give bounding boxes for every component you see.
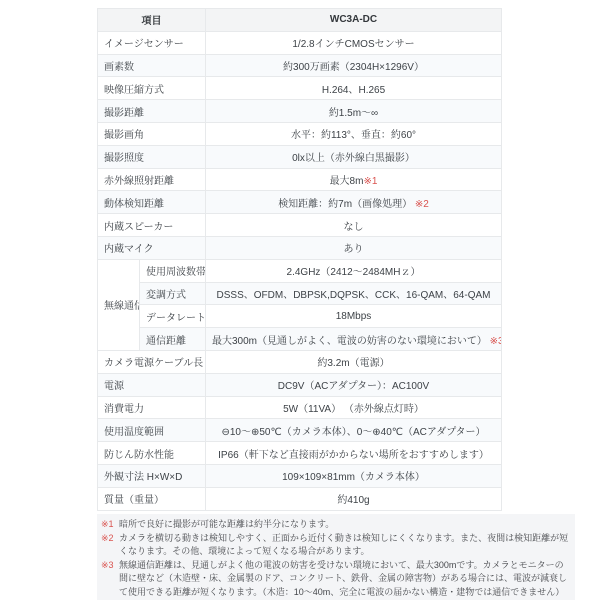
row-value: DSSS、OFDM、DBPSK,DQPSK、CCK、16-QAM、64-QAM (206, 282, 502, 305)
row-label: 電源 (98, 373, 206, 396)
row-label: 撮影距離 (98, 100, 206, 123)
row-value: 18Mbps (206, 305, 502, 328)
table-row: カメラ電源ケーブル長 約3.2m（電源） (98, 350, 502, 373)
table-row: 消費電力 5W（11VA） （赤外線点灯時） (98, 396, 502, 419)
table-row: 使用温度範囲 ⊖10～⊕50℃（カメラ本体）、0～⊕40℃（ACアダプター） (98, 419, 502, 442)
table-row-wireless: 無線通信 使用周波数帯域 2.4GHz（2412～2484MHｚ） (98, 259, 502, 282)
row-value: 水平：約113°、垂直：約60° (206, 122, 502, 145)
row-value: 約3.2m（電源） (206, 350, 502, 373)
footnote-marker: ※2 (101, 532, 119, 546)
header-model-column: WC3A-DC (206, 9, 502, 32)
row-label: 使用温度範囲 (98, 419, 206, 442)
row-value: 最大8m※1 (206, 168, 502, 191)
row-label: 撮影画角 (98, 122, 206, 145)
row-value: 1/2.8インチCMOSセンサー (206, 31, 502, 54)
table-row: 内蔵マイク あり (98, 236, 502, 259)
footnote-text: カメラを横切る動きは検知しやすく、正面から近付く動きは検知しにくくなります。また… (119, 532, 569, 559)
row-value: ⊖10～⊕50℃（カメラ本体）、0～⊕40℃（ACアダプター） (206, 419, 502, 442)
footnote-3: ※3 無線通信距離は、見通しがよく他の電波の妨害を受けない環境において、最大30… (101, 559, 569, 600)
row-label: 内蔵マイク (98, 236, 206, 259)
table-row: 映像圧縮方式 H.264、H.265 (98, 77, 502, 100)
table-row-wireless: 変調方式 DSSS、OFDM、DBPSK,DQPSK、CCK、16-QAM、64… (98, 282, 502, 305)
table-row: 撮影距離 約1.5m～∞ (98, 100, 502, 123)
row-value: H.264、H.265 (206, 77, 502, 100)
footnotes-section: ※1 暗所で良好に撮影が可能な距離は約半分になります。 ※2 カメラを横切る動き… (97, 514, 575, 600)
footnote-1: ※1 暗所で良好に撮影が可能な距離は約半分になります。 (101, 518, 569, 532)
row-value-text: 最大8m (330, 176, 364, 187)
row-value-text: 最大300m（見通しがよく、電波の妨害のない環境において） (212, 336, 487, 347)
row-value: 0lx以上（赤外線白黒撮影） (206, 145, 502, 168)
table-row: 動体検知距離 検知距離：約7m（画像処理） ※2 (98, 191, 502, 214)
table-row: 撮影画角 水平：約113°、垂直：約60° (98, 122, 502, 145)
row-value: DC9V（ACアダプター）：AC100V (206, 373, 502, 396)
table-header-row: 項目 WC3A-DC (98, 9, 502, 32)
row-label: 外観寸法 H×W×D (98, 464, 206, 487)
row-sublabel: 使用周波数帯域 (140, 259, 206, 282)
footnote-marker: ※3 (101, 559, 119, 573)
table-row: 撮影照度 0lx以上（赤外線白黒撮影） (98, 145, 502, 168)
row-value: 2.4GHz（2412～2484MHｚ） (206, 259, 502, 282)
wireless-group-label: 無線通信 (98, 259, 140, 350)
row-label: 画素数 (98, 54, 206, 77)
header-item-column: 項目 (98, 9, 206, 32)
row-label: 内蔵スピーカー (98, 214, 206, 237)
table-row: 赤外線照射距離 最大8m※1 (98, 168, 502, 191)
row-value: 最大300m（見通しがよく、電波の妨害のない環境において） ※3 (206, 328, 502, 351)
spec-table-container: 項目 WC3A-DC イメージセンサー 1/2.8インチCMOSセンサー 画素数… (97, 8, 501, 511)
footnote-marker: ※1 (101, 518, 119, 532)
table-row-wireless: データレート 18Mbps (98, 305, 502, 328)
table-row-wireless: 通信距離 最大300m（見通しがよく、電波の妨害のない環境において） ※3 (98, 328, 502, 351)
table-row: 電源 DC9V（ACアダプター）：AC100V (98, 373, 502, 396)
row-label: 動体検知距離 (98, 191, 206, 214)
row-sublabel: 変調方式 (140, 282, 206, 305)
row-label: イメージセンサー (98, 31, 206, 54)
row-label: 質量（重量） (98, 487, 206, 510)
row-value: あり (206, 236, 502, 259)
row-label: 映像圧縮方式 (98, 77, 206, 100)
row-value: 約410g (206, 487, 502, 510)
table-row: 内蔵スピーカー なし (98, 214, 502, 237)
table-row: 画素数 約300万画素（2304H×1296V） (98, 54, 502, 77)
footnote-text: 暗所で良好に撮影が可能な距離は約半分になります。 (119, 518, 569, 532)
row-sublabel: データレート (140, 305, 206, 328)
row-label: 防じん防水性能 (98, 442, 206, 465)
footnote-text: 無線通信距離は、見通しがよく他の電波の妨害を受けない環境において、最大300mで… (119, 559, 569, 600)
row-sublabel: 通信距離 (140, 328, 206, 351)
row-value: 109×109×81mm（カメラ本体） (206, 464, 502, 487)
row-value: IP66（軒下など直接雨がかからない場所をおすすめします） (206, 442, 502, 465)
footnote-ref: ※3 (487, 336, 502, 347)
row-label: 撮影照度 (98, 145, 206, 168)
table-row: 外観寸法 H×W×D 109×109×81mm（カメラ本体） (98, 464, 502, 487)
row-value-text: 検知距離：約7m（画像処理） (278, 199, 412, 210)
row-value: 検知距離：約7m（画像処理） ※2 (206, 191, 502, 214)
table-row: イメージセンサー 1/2.8インチCMOSセンサー (98, 31, 502, 54)
row-value: なし (206, 214, 502, 237)
row-value: 約1.5m～∞ (206, 100, 502, 123)
footnote-ref: ※1 (363, 176, 377, 187)
table-row: 質量（重量） 約410g (98, 487, 502, 510)
row-value: 5W（11VA） （赤外線点灯時） (206, 396, 502, 419)
row-label: 消費電力 (98, 396, 206, 419)
row-label: 赤外線照射距離 (98, 168, 206, 191)
footnote-2: ※2 カメラを横切る動きは検知しやすく、正面から近付く動きは検知しにくくなります… (101, 532, 569, 559)
row-label: カメラ電源ケーブル長 (98, 350, 206, 373)
footnote-ref: ※2 (412, 199, 429, 210)
table-row: 防じん防水性能 IP66（軒下など直接雨がかからない場所をおすすめします） (98, 442, 502, 465)
row-value: 約300万画素（2304H×1296V） (206, 54, 502, 77)
spec-table: 項目 WC3A-DC イメージセンサー 1/2.8インチCMOSセンサー 画素数… (97, 8, 502, 511)
